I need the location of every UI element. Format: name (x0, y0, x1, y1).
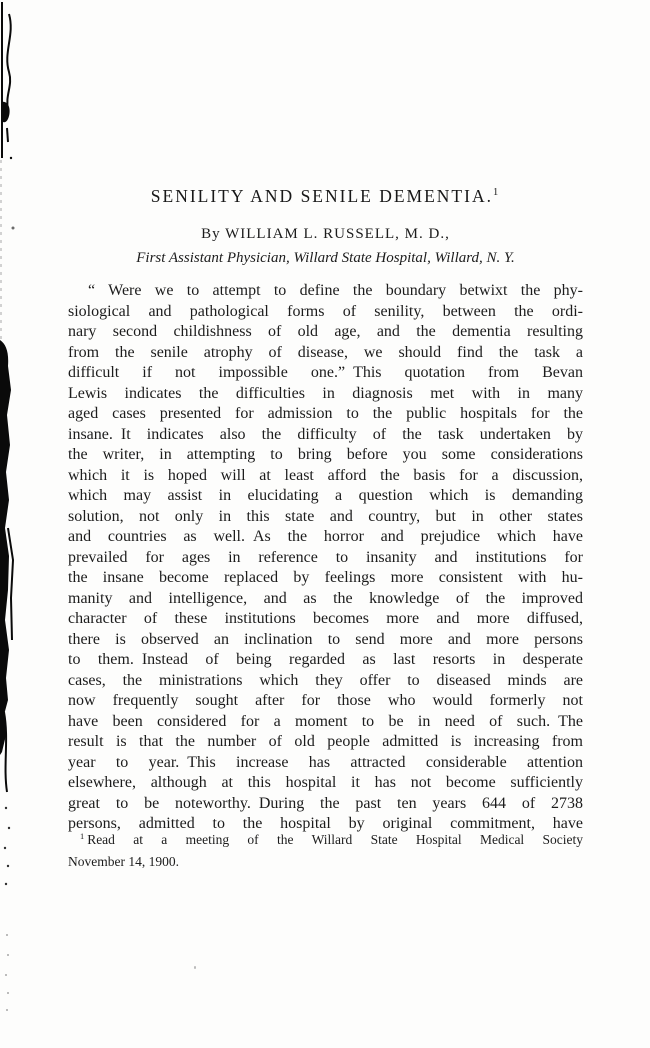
body-text: “ Were we to attempt to define the bound… (68, 281, 583, 835)
scanned-page: SENILITY AND SENILE DEMENTIA.1 By WILLIA… (0, 0, 650, 1048)
footnote-line: November 14, 1900. (68, 851, 583, 873)
body-line: now frequently sought after for those wh… (68, 691, 583, 712)
body-line: the writer, in attempting to bring befor… (68, 445, 583, 466)
body-line: nary second childishness of old age, and… (68, 322, 583, 343)
body-line: have been considered for a moment to be … (68, 712, 583, 733)
body-line: insane. It indicates also the difficulty… (68, 425, 583, 446)
body-line: the insane become replaced by feelings m… (68, 568, 583, 589)
page-title-text: SENILITY AND SENILE DEMENTIA. (151, 186, 493, 206)
body-line: “ Were we to attempt to define the bound… (68, 281, 583, 302)
body-line: which it is hoped will at least afford t… (68, 466, 583, 487)
footnote-line: 1Read at a meeting of the Willard State … (68, 829, 583, 851)
body-line: elsewhere, although at this hospital it … (68, 773, 583, 794)
body-line: aged cases presented for admission to th… (68, 404, 583, 425)
title-footnote-marker: 1 (493, 187, 500, 198)
body-line: manity and intelligence, and as the know… (68, 589, 583, 610)
scan-artifact-left (0, 0, 40, 1048)
body-line: year to year. This increase has attracte… (68, 753, 583, 774)
body-line: from the senile atrophy of disease, we s… (68, 343, 583, 364)
body-line: difficult if not impossible one.” This q… (68, 363, 583, 384)
body-line: result is that the number of old people … (68, 732, 583, 753)
body-line: and countries as well. As the horror and… (68, 527, 583, 548)
body-line: siological and pathological forms of sen… (68, 302, 583, 323)
scan-speck (194, 966, 196, 969)
body-line: to them. Instead of being regarded as la… (68, 650, 583, 671)
body-line: which may assist in elucidating a questi… (68, 486, 583, 507)
body-line: character of these institutions becomes … (68, 609, 583, 630)
footnote-text: Read at a meeting of the Willard State H… (87, 832, 583, 847)
body-line: solution, not only in this state and cou… (68, 507, 583, 528)
affiliation: First Assistant Physician, Willard State… (68, 250, 583, 267)
body-line: prevailed for ages in reference to insan… (68, 548, 583, 569)
body-line: Lewis indicates the difficulties in diag… (68, 384, 583, 405)
body-line: great to be noteworthy. During the past … (68, 794, 583, 815)
byline: By WILLIAM L. RUSSELL, M. D., (68, 226, 583, 243)
page-title: SENILITY AND SENILE DEMENTIA.1 (68, 186, 583, 207)
body-line: cases, the ministrations which they offe… (68, 671, 583, 692)
body-line: there is observed an inclination to send… (68, 630, 583, 651)
footnote-marker: 1 (80, 832, 84, 841)
footnote: 1Read at a meeting of the Willard State … (68, 829, 583, 873)
